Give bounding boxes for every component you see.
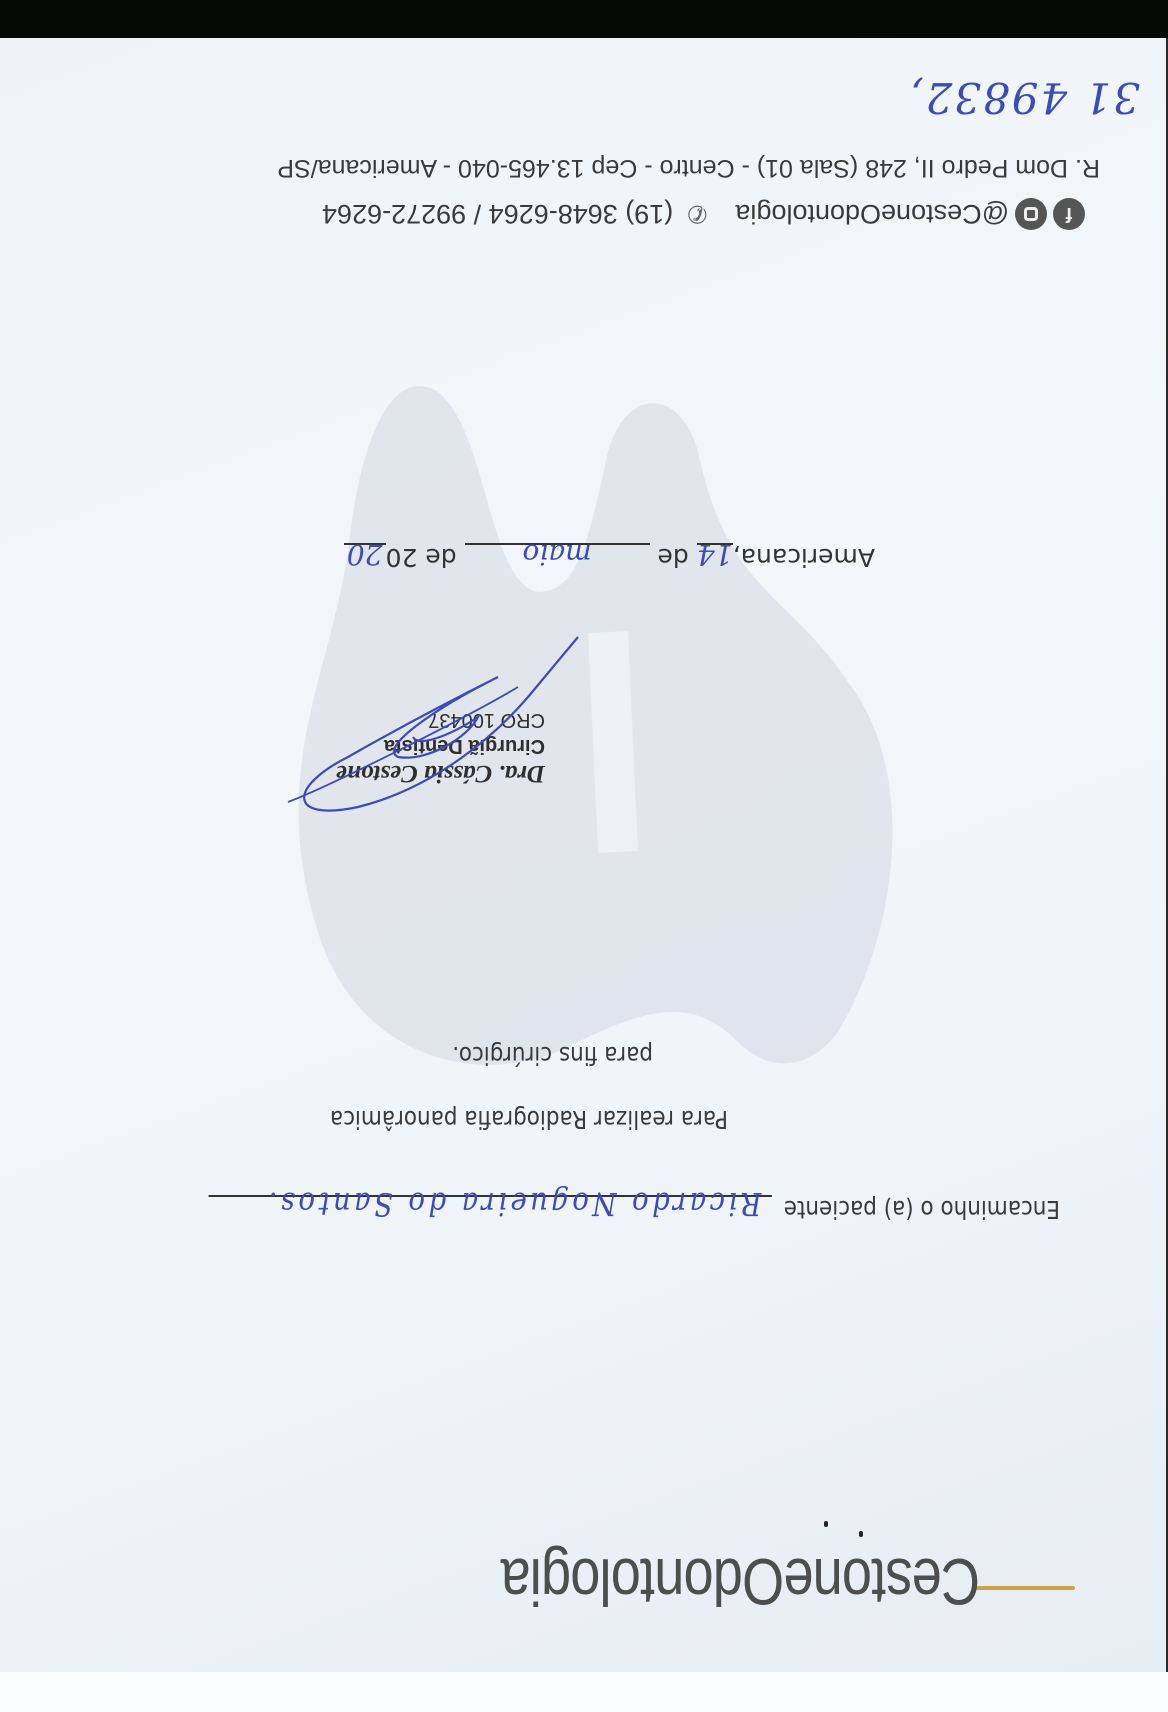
- referral-patient-line: Encaminho o (a) paciente Ricardo Nogueir…: [208, 1195, 1060, 1224]
- clinic-address: R. Dom Pedro II, 248 (Sala 01) - Centro …: [277, 153, 1100, 182]
- day-field: 14: [697, 543, 733, 567]
- patient-name: Ricardo Nogueira do Santos.: [265, 1185, 761, 1223]
- social-handle: @CestoneOdontologia: [735, 199, 1009, 230]
- referral-purpose-line-2: para fins cirúrgico.: [452, 1041, 653, 1070]
- referral-intro: Encaminho o (a) paciente: [784, 1195, 1060, 1224]
- de-label: de: [658, 543, 689, 572]
- facebook-icon: f: [1053, 198, 1085, 230]
- handwritten-signature-icon: [268, 627, 588, 827]
- scanner-background: [0, 0, 1168, 38]
- ink-speck: [824, 1521, 828, 1527]
- city-label: Americana,: [733, 543, 875, 572]
- scanned-document: CestoneOdontologia Encaminho o (a) pacie…: [0, 0, 1168, 1712]
- instagram-icon: [1015, 198, 1047, 230]
- month-field: maio: [465, 543, 650, 567]
- clinic-logo-title: CestoneOdontologia: [501, 1544, 980, 1620]
- handwritten-note: 31 49832,: [908, 73, 1140, 122]
- brand-accent-line: [975, 1586, 1075, 1590]
- contact-line: f @CestoneOdontologia ✆ (19) 3648-6264 /…: [322, 196, 1085, 232]
- referral-purpose-line-1: Para realizar Radiografia panorâmica: [330, 1105, 728, 1134]
- scanner-margin: [0, 1672, 1168, 1712]
- date-line: Americana,14 de maio de 2020: [344, 543, 875, 572]
- phone-icon: ✆: [687, 200, 707, 229]
- ink-speck: [859, 1531, 863, 1537]
- patient-name-field: Ricardo Nogueira do Santos.: [208, 1195, 771, 1219]
- phone-numbers: (19) 3648-6264 / 99272-6264: [322, 199, 673, 230]
- year-prefix-label: de 20: [386, 543, 457, 572]
- year-field: 20: [344, 543, 386, 567]
